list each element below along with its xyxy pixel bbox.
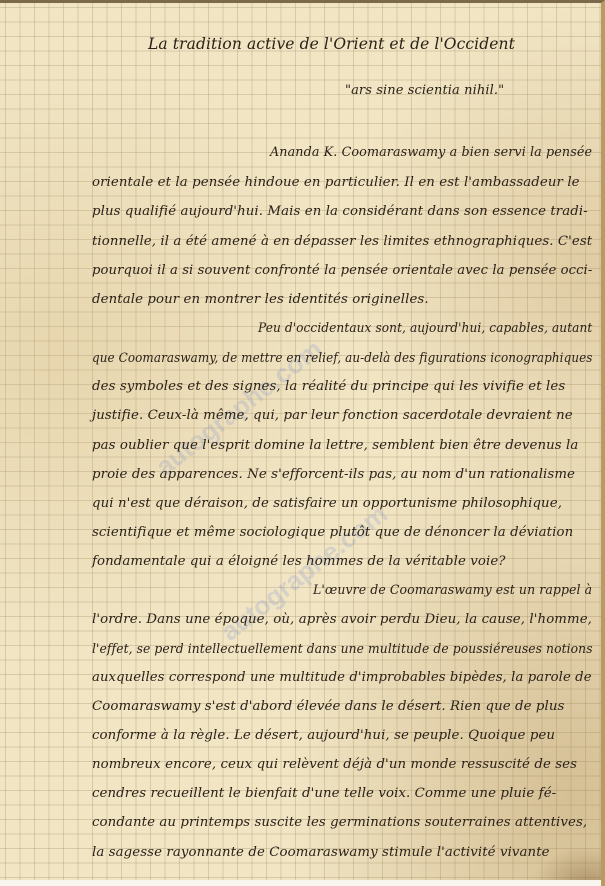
text-line: des symboles et des signes, la réalité d… <box>92 379 565 394</box>
text-line: nombreux encore, ceux qui relèvent déjà … <box>92 757 577 772</box>
text-line: orientale et la pensée hindoue en partic… <box>92 175 580 190</box>
text-line: auxquelles correspond une multitude d'im… <box>92 670 592 685</box>
text-line: proie des apparences. Ne s'efforcent-ils… <box>92 467 575 482</box>
text-line: que Coomaraswamy, de mettre en relief, a… <box>92 350 593 365</box>
text-line: L'œuvre de Coomaraswamy est un rappel à <box>313 583 592 598</box>
page-bottom-edge <box>0 880 601 886</box>
text-line: Ananda K. Coomaraswamy a bien servi la p… <box>270 145 592 160</box>
text-line: condante au printemps suscite les germin… <box>92 815 587 830</box>
manuscript-page: autographe.com autographe.com La traditi… <box>0 0 605 886</box>
text-line: l'effet, se perd intellectuellement dans… <box>92 641 593 656</box>
text-line: Peu d'occidentaux sont, aujourd'hui, cap… <box>258 321 592 336</box>
text-line: justifie. Ceux-là même, qui, par leur fo… <box>92 408 573 423</box>
text-line: scientifique et même sociologique plutôt… <box>92 525 573 540</box>
text-line: Coomaraswamy s'est d'abord élevée dans l… <box>92 699 564 714</box>
epigraph: "ars sine scientia nihil." <box>345 83 504 98</box>
text-line: tionnelle, il a été amené à en dépasser … <box>92 234 592 249</box>
text-line: conforme à la règle. Le désert, aujourd'… <box>92 728 555 743</box>
text-line: cendres recueillent le bienfait d'une te… <box>92 786 556 801</box>
text-line: la sagesse rayonnante de Coomaraswamy st… <box>92 845 550 860</box>
document-title: La tradition active de l'Orient et de l'… <box>148 35 515 53</box>
text-line: pas oublier que l'esprit domine la lettr… <box>92 438 578 453</box>
text-line: qui n'est que déraison, de satisfaire un… <box>92 496 562 511</box>
text-line: l'ordre. Dans une époque, où, après avoi… <box>92 612 592 627</box>
text-line: plus qualifié aujourd'hui. Mais en la co… <box>92 204 588 219</box>
text-line: pourquoi il a si souvent confronté la pe… <box>92 263 592 278</box>
text-line: dentale pour en montrer les identités or… <box>92 292 429 307</box>
text-line: fondamentale qui a éloigné les hommes de… <box>92 554 506 569</box>
